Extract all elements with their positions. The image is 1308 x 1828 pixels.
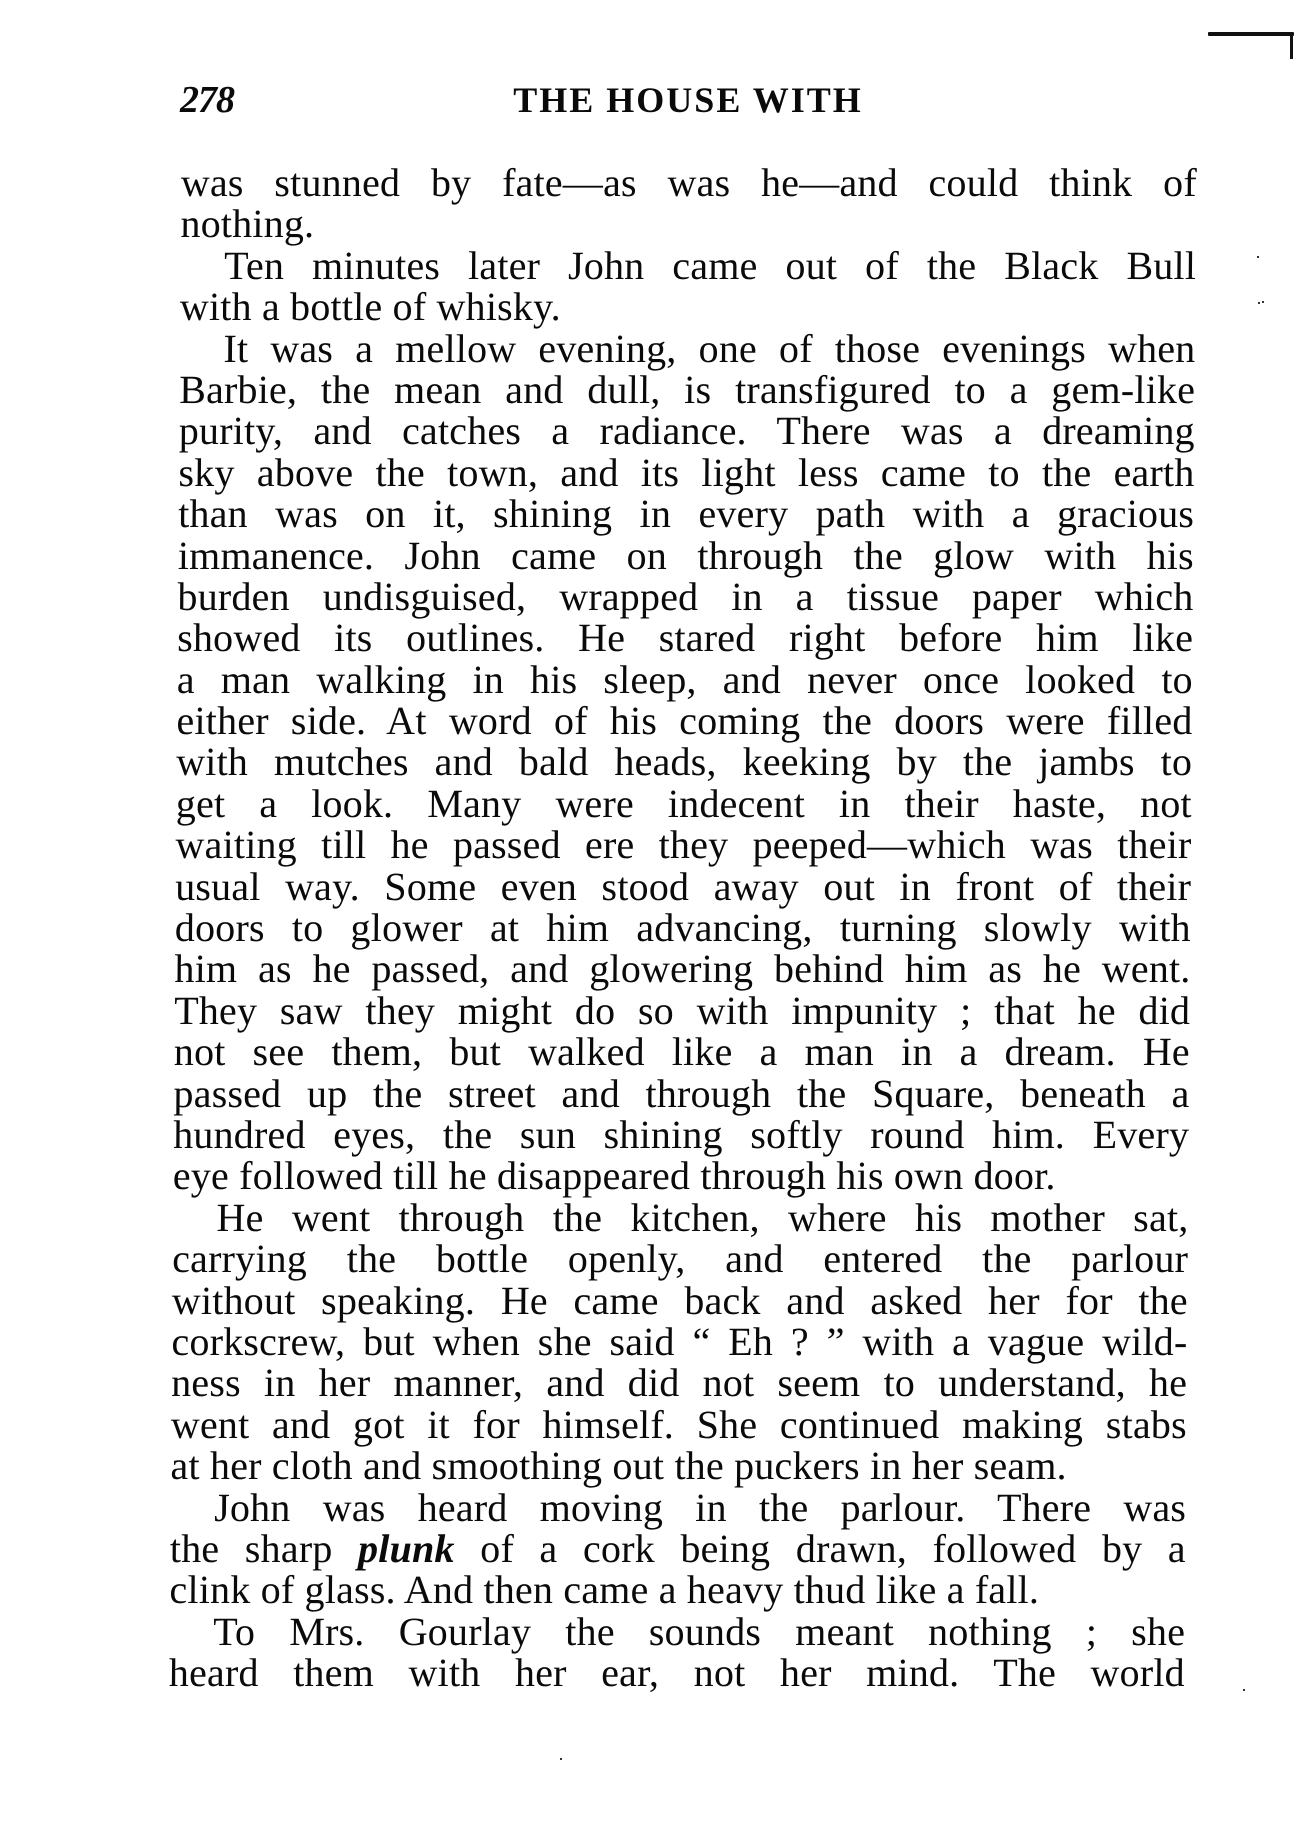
page-corner-mark [1208, 32, 1294, 36]
page-number: 278 [180, 78, 234, 122]
text-line: hundred eyes, the sun shining softly rou… [173, 1114, 1189, 1155]
text-line: To Mrs. Gourlay the sounds meant nothing… [169, 1611, 1185, 1652]
text-line: get a look. Many were indecent in their … [176, 783, 1192, 824]
text-line: Ten minutes later John came out of the B… [180, 245, 1196, 286]
text-segment: of a cork being drawn, followed by a [455, 1526, 1187, 1571]
text-line: nothing. [180, 203, 1196, 244]
text-line: purity, and catches a radiance. There wa… [179, 410, 1195, 451]
text-line: They saw they might do so with impunity … [174, 990, 1190, 1031]
text-segment: the sharp [170, 1526, 359, 1571]
text-line: sky above the town, and its light less c… [178, 452, 1194, 493]
text-line: with mutches and bald heads, keeking by … [176, 741, 1192, 782]
text-line: was stunned by fate—as was he—and could … [181, 162, 1197, 203]
scan-speck [1258, 302, 1260, 304]
text-line: without speaking. He came back and asked… [172, 1280, 1188, 1321]
text-line: carrying the bottle openly, and entered … [172, 1238, 1188, 1279]
text-line: corkscrew, but when she said “ Eh ? ” wi… [171, 1321, 1187, 1362]
text-line: either side. At word of his coming the d… [176, 700, 1192, 741]
text-line: than was on it, shining in every path wi… [178, 493, 1194, 534]
text-line: immanence. John came on through the glow… [178, 535, 1194, 576]
text-line: a man walking in his sleep, and never on… [177, 659, 1193, 700]
page-corner-mark-edge [1290, 32, 1293, 59]
text-line: clink of glass. And then came a heavy th… [169, 1569, 1185, 1610]
scan-speck [1262, 301, 1264, 303]
scan-speck [1243, 1689, 1245, 1691]
running-head: 278 THE HOUSE WITH [180, 78, 1200, 122]
text-line: passed up the street and through the Squ… [173, 1073, 1189, 1114]
text-line: eye followed till he disappeared through… [173, 1155, 1189, 1196]
text-line: not see them, but walked like a man in a… [174, 1031, 1190, 1072]
text-line: ness in her manner, and did not seem to … [171, 1362, 1187, 1403]
text-line: at her cloth and smoothing out the pucke… [170, 1445, 1186, 1486]
text-line: burden undisguised, wrapped in a tissue … [177, 576, 1193, 617]
italic-word: plunk [358, 1526, 455, 1571]
text-line: waiting till he passed ere they peeped—w… [175, 824, 1191, 865]
text-line: usual way. Some even stood away out in f… [175, 866, 1191, 907]
scan-speck [560, 1758, 562, 1760]
text-line: John was heard moving in the parlour. Th… [170, 1487, 1186, 1528]
text-line: heard them with her ear, not her mind. T… [169, 1652, 1185, 1693]
text-line: doors to glower at him advancing, turnin… [175, 907, 1191, 948]
running-title: THE HOUSE WITH [492, 78, 884, 122]
text-line: the sharp plunk of a cork being drawn, f… [170, 1528, 1186, 1569]
body-text: was stunned by fate—as was he—and could … [169, 162, 1197, 1693]
text-line: with a bottle of whisky. [180, 286, 1196, 327]
text-line: It was a mellow evening, one of those ev… [179, 328, 1195, 369]
scan-speck [1257, 256, 1259, 258]
text-line: He went through the kitchen, where his m… [172, 1197, 1188, 1238]
text-line: him as he passed, and glowering behind h… [174, 948, 1190, 989]
text-line: Barbie, the mean and dull, is transfigur… [179, 369, 1195, 410]
text-line: showed its outlines. He stared right bef… [177, 617, 1193, 658]
text-line: went and got it for himself. She continu… [171, 1404, 1187, 1445]
